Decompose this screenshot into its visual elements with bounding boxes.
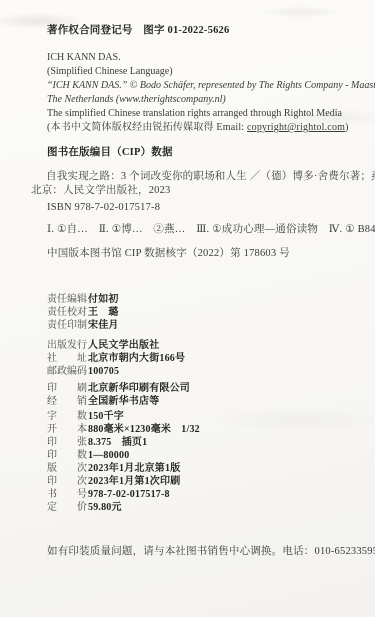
publisher-row-value: 人民文学出版社 (88, 339, 159, 352)
staff-row: 责任编辑 付如初 (47, 293, 119, 306)
spec-row: 印 次 2023年1月第1次印刷 (47, 475, 200, 488)
price-row: 定 价 59.80元 (47, 501, 170, 514)
book-number-row: 书 号 978-7-02-017517-8 (47, 488, 170, 501)
spec-row: 印 数 1—80000 (47, 449, 200, 462)
spec-row-value: 2023年1月北京第1版 (88, 462, 180, 475)
publisher-row: 出版发行 人民文学出版社 (47, 339, 185, 352)
language-note: (Simplified Chinese Language) (47, 65, 375, 79)
rights-chinese-line: (本书中文简体版权经由锐拓传媒取得 Email: copyright@right… (47, 121, 375, 135)
book-number-value: 978-7-02-017517-8 (88, 488, 170, 501)
copyright-holder-line-2: The Netherlands (www.therightscompany.nl… (47, 93, 375, 107)
printing-row-label: 经 销 (47, 395, 88, 408)
spec-row-value: 1—80000 (88, 449, 129, 462)
copyright-holder-line: “ICH KANN DAS.” © Bodo Schäfer, represen… (47, 79, 375, 93)
spec-row-value: 150千字 (88, 410, 124, 423)
staff-credits-group: 责任编辑 付如初 责任校对 王 璐 责任印制 宋佳月 (47, 293, 119, 332)
printing-row: 经 销 全国新华书店等 (47, 395, 190, 408)
staff-row-label: 责任印制 (47, 319, 88, 332)
publisher-row-label: 社 址 (47, 352, 88, 365)
spec-row-label: 印 次 (47, 475, 88, 488)
copyright-registration-line: 著作权合同登记号 图字 01-2022-5626 (47, 24, 229, 38)
spec-row-value: 8.375 插页1 (88, 436, 147, 449)
cip-record-line: 中国版本图书馆 CIP 数据核字（2022）第 178603 号 (47, 247, 290, 261)
rights-email: copyright@rightol.com (247, 122, 345, 133)
spec-row-label: 开 本 (47, 423, 88, 436)
price-value: 59.80元 (88, 501, 122, 514)
price-label: 定 价 (47, 501, 88, 514)
printing-row-label: 印 刷 (47, 382, 88, 395)
staff-row-value: 王 璐 (88, 306, 119, 319)
rights-chinese-suffix: ) (345, 122, 349, 133)
rights-chinese-prefix: (本书中文简体版权经由锐拓传媒取得 Email: (47, 122, 247, 133)
book-number-label: 书 号 (47, 488, 88, 501)
cip-entry: 自我实现之路：3 个词改变你的职场和人生 ／（德）博多·舍费尔著；燕环译 .— … (31, 170, 375, 198)
spec-row-label: 印 数 (47, 449, 88, 462)
spec-row-value: 880毫米×1230毫米 1/32 (88, 423, 200, 436)
spec-row-label: 印 张 (47, 436, 88, 449)
rights-arrangement-line: The simplified Chinese translation right… (47, 107, 375, 121)
printing-row-value: 北京新华印刷有限公司 (88, 382, 190, 395)
format-spec-group: 字 数 150千字 开 本 880毫米×1230毫米 1/32 印 张 8.37… (47, 410, 200, 488)
cip-heading: 图书在版编目（CIP）数据 (47, 146, 173, 160)
printing-row-value: 全国新华书店等 (88, 395, 159, 408)
cip-title-line: 自我实现之路：3 个词改变你的职场和人生 ／（德）博多·舍费尔著；燕环译 .— (31, 170, 375, 184)
spec-row-label: 字 数 (47, 410, 88, 423)
staff-row-value: 宋佳月 (88, 319, 119, 332)
quality-exchange-note: 如有印装质量问题，请与本社图书销售中心调换。电话：010-65233595 (47, 545, 375, 559)
publisher-row-label: 出版发行 (47, 339, 88, 352)
spec-row-value: 2023年1月第1次印刷 (88, 475, 180, 488)
publisher-row-label: 邮政编码 (47, 365, 88, 378)
publisher-row-value: 北京市朝内大街166号 (88, 352, 185, 365)
staff-row-label: 责任编辑 (47, 293, 88, 306)
publisher-row-value: 100705 (88, 365, 119, 378)
printing-row: 印 刷 北京新华印刷有限公司 (47, 382, 190, 395)
staff-row-label: 责任校对 (47, 306, 88, 319)
spec-row: 版 次 2023年1月北京第1版 (47, 462, 200, 475)
staff-row: 责任校对 王 璐 (47, 306, 119, 319)
printing-info-group: 印 刷 北京新华印刷有限公司 经 销 全国新华书店等 (47, 382, 190, 408)
spec-row: 开 本 880毫米×1230毫米 1/32 (47, 423, 200, 436)
english-copyright-block: ICH KANN DAS. (Simplified Chinese Langua… (47, 51, 375, 135)
cip-classification-line: Ⅰ. ①自… Ⅱ. ①博… ②燕… Ⅲ. ①成功心理—通俗读物 Ⅳ. ① B84… (47, 223, 375, 237)
book-number-price-group: 书 号 978-7-02-017517-8 定 价 59.80元 (47, 488, 170, 514)
publisher-row: 社 址 北京市朝内大街166号 (47, 352, 185, 365)
cip-publisher-line: 北京：人民文学出版社，2023 (31, 184, 375, 198)
spec-row: 印 张 8.375 插页1 (47, 436, 200, 449)
spec-row-label: 版 次 (47, 462, 88, 475)
original-title: ICH KANN DAS. (47, 51, 375, 65)
book-copyright-page: 著作权合同登记号 图字 01-2022-5626 ICH KANN DAS. (… (0, 0, 375, 617)
publisher-info-group: 出版发行 人民文学出版社 社 址 北京市朝内大街166号 邮政编码 100705 (47, 339, 185, 378)
staff-row-value: 付如初 (88, 293, 119, 306)
staff-row: 责任印制 宋佳月 (47, 319, 119, 332)
isbn-line: ISBN 978-7-02-017517-8 (47, 201, 160, 215)
publisher-row: 邮政编码 100705 (47, 365, 185, 378)
spec-row: 字 数 150千字 (47, 410, 200, 423)
